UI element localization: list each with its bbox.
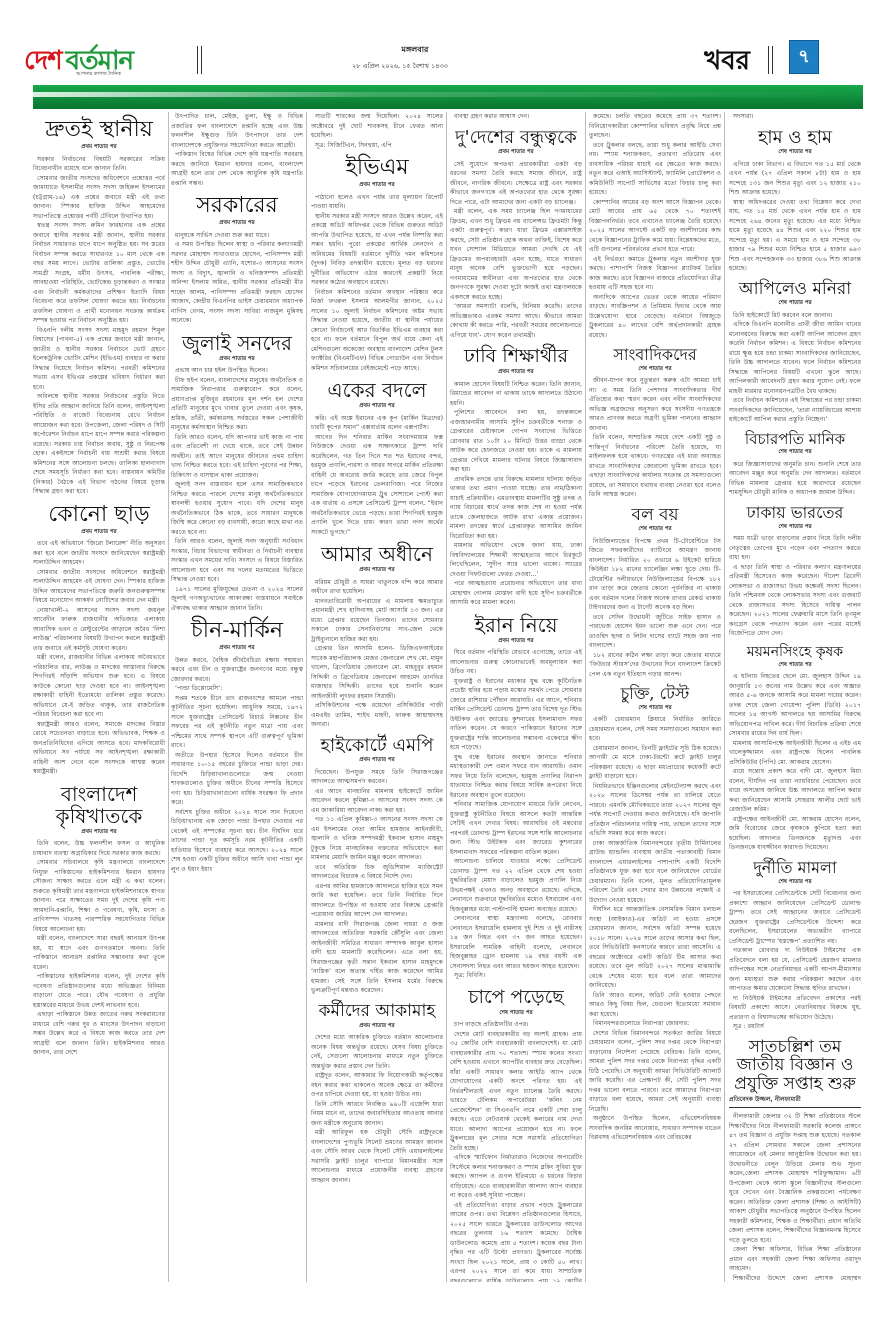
article-headline[interactable]: ময়মনসিংহে কৃষক (729, 645, 861, 660)
article-paragraph: যুক্তরাষ্ট্র ও ইরানের মধ্যকার যুদ্ধ বন্ধ… (450, 677, 582, 753)
article: হাইকোর্টে এমপিপ্রথম পাতার পরদিয়েছেন। উপ… (311, 736, 443, 996)
article-paragraph: সূত্র : রয়টার্স (729, 1022, 861, 1032)
continuation-label: প্রথম পাতার পর (450, 148, 582, 158)
article-headline[interactable]: চুক্তি, টেস্ট (589, 685, 721, 703)
article-paragraph: অতীতে উপহার হিসেবে দিলেও বর্তমানে চীন সা… (171, 751, 303, 808)
article-paragraph: রাষ্ট্রদূত বলেন, আকামার ফি নিয়োগকারী কর… (311, 1071, 443, 1100)
article-headline[interactable]: ঢাকায় ভারতের (729, 504, 861, 522)
continuation-label: শেষ পাতার পর (729, 299, 861, 309)
article-headline[interactable]: সাংবাদিকদের (589, 346, 721, 364)
newspaper-logo[interactable]: দেশবর্তমান আপনার কাগজ দৈনিক (24, 40, 133, 80)
article: চীন-মার্কিনপ্রথম পাতার পরউন্নত করবে, বৈশ… (171, 619, 303, 874)
article-paragraph: তিনি আরও বলেন, অডিট দেরি হওয়ার পেছনে আর… (589, 991, 721, 1020)
continuation-label: প্রথম পাতার পর (311, 566, 443, 576)
article-headline[interactable]: চীন-মার্কিন (171, 619, 303, 643)
article: কোনো ছাড়প্রথম পাতার পরতবে এই অভিযানে ‘জ… (33, 503, 165, 777)
article-paragraph: জুলাই সনদ বাস্তবায়ন হলে এসব সামাজিকভাবে… (171, 480, 303, 537)
continuation-label: শেষ পাতার পর (589, 525, 721, 535)
article-paragraph: এছাড়া পাকিস্তানে উন্নত জাতের গরুর সংকরা… (33, 1010, 165, 1058)
continuation-label: প্রথম পাতার পর (450, 368, 582, 378)
article-paragraph: সোমবার জাতীয় সংসদের অধিবেশনে স্বরাষ্ট্র… (33, 568, 165, 606)
article-paragraph: ১৯৭১ সালের মুক্তিযুদ্ধের চেতনা ও ২০২৪ সা… (171, 585, 303, 614)
continuation-label: শেষ পাতার পর (729, 661, 861, 671)
article-paragraph: শিক্ষার্থীদের উদ্দেশে জেলা প্রশাসক মোহাম… (729, 1274, 861, 1282)
article-paragraph: একটি চেয়ারম্যান ক্লিয়ারে নির্ধারিত জার… (589, 715, 721, 744)
article-paragraph: তিনি আরও বলেন, জুলাই সনদ অনুযায়ী সংবিধা… (171, 537, 303, 585)
article: জুলাই সনদেরপ্রথম পাতার পরপ্রভাষ আন চার হ… (171, 332, 303, 614)
article-paragraph: পাকিস্তানের হাইকমিশনার বলেন, দুই দেশের ক… (33, 972, 165, 1010)
article-paragraph: রায়ে সন্তোষ প্রকাশ করে বাদী মো. জুলহাস … (729, 767, 861, 815)
article-headline[interactable]: কর্মীদের আকামাহ (311, 1002, 443, 1021)
article-paragraph: তিনি সৌদি আরবে নিবন্ধিত ৯৯০টি এজেন্সি যা… (311, 1100, 443, 1129)
article-paragraph: তিনি বলেন, সাম্প্রতিক সময়ে দেশে একটি সু… (589, 433, 721, 500)
article-paragraph: দেশের মোট ব্যবহারকারীর বড় অংশই গ্রাহক। … (450, 1030, 582, 1154)
article-paragraph: পাকিস্তান বিশ্বের বিভিন্ন দেশে কৃষি যন্ত… (171, 150, 303, 188)
column-1: দ্রুতই স্থানীয়প্রথম পাতার পরসরকার নির্ব… (33, 112, 165, 1282)
continuation-label: প্রথম পাতার পর (311, 756, 443, 766)
article-paragraph: মামলার বাদী সিরাজগঞ্জ জেলা দায়রা ও জজ আ… (311, 920, 443, 996)
column-5: কমেছে। চলতি বছরেও কমেছে প্রায় ৩৭ শতাংশ।… (589, 112, 721, 1282)
article-paragraph: ‘পান্ডা ডিপ্লোমেসি’: (171, 684, 303, 694)
article-paragraph: ১৮২ রানের কঠিন লক্ষ্য তাড়া করে জেতার মা… (589, 651, 721, 680)
article-paragraph: আলোচনা চালিয়ে যাওয়ার লক্ষ্যে প্রেসিডেন… (450, 857, 582, 914)
article-paragraph: মন্ত্রী আরিফুল হক চৌধুরী সৌদি রাষ্ট্রদূত… (311, 1128, 443, 1185)
article-paragraph: সপ্তম শতকে চীনে তাং রাজবংশের আমলে পান্ডা… (171, 694, 303, 751)
article-paragraph: ‘আমরা সমস্যাটা বলেছি, বিনিময় করেছি। তাদ… (450, 302, 582, 340)
article-paragraph: ঢাকা আন্তর্জাতিক বিমানবন্দরের তৃতীয় টার… (589, 839, 721, 906)
article-paragraph: শনিবার সামাজিক যোগাযোগ মাধ্যমে তিনি লেখে… (450, 800, 582, 857)
article-paragraph: দিয়েছেন। উপযুক্ত সময়ে তিনি সিরাজগঞ্জের… (311, 768, 443, 787)
article-paragraph: সোমবার সচিবালয়ে কৃষি মন্ত্রণালয়ে বাংলা… (33, 858, 165, 934)
article: ময়মনসিংহে কৃষকশেষ পাতার পরএ ঘটনায় নিহত… (729, 645, 861, 853)
article: কর্মীদের আকামাহপ্রথম পাতার পরদেশের মধ্যে… (311, 1002, 443, 1185)
article-paragraph: এরপর আমির হামজাকে আদালতে হাজির হতে সমন জ… (311, 882, 443, 920)
article: একের বদলেপ্রথম পাতার পরকরি। এই অঙ্কে ইরা… (311, 379, 443, 537)
article-paragraph: সময় যাত্রী ভাড়া বাড়ানোর প্রস্তাব নিয়… (729, 534, 861, 563)
article-paragraph: স্বতন্ত্র সংসদ সদস্য রুমিন ফারহানার এক প… (33, 221, 165, 326)
article-paragraph: উন্নত করবে, বৈশ্বিক জীববৈচিত্র্য রক্ষায়… (171, 656, 303, 685)
article-headline[interactable]: দ্রুতই স্থানীয় (33, 118, 165, 142)
article: ঢাকায় ভারতেরশেষ পাতার পরসময় যাত্রী ভাড… (729, 504, 861, 639)
article-paragraph: অনুষ্ঠানে উপস্থিত ছিলেন, এভিয়েশনবিষয়ক … (589, 1114, 721, 1143)
article-paragraph: বিমানবন্দরগুলোতে নিরাপত্তা জোরদার: (589, 1019, 721, 1029)
article-paragraph: তবে এই অভিযানে ‘জিরো টলারেন্স’ নীতি অনুস… (33, 539, 165, 568)
article: কমেছে। চলতি বছরেও কমেছে প্রায় ৩৭ শতাংশ।… (589, 112, 721, 340)
article-paragraph: স্বাস্থ্য অধিদপ্তরের দেওয়া তথ্য বিশ্লেষ… (729, 198, 861, 274)
continuation-label: প্রথম পাতার পর (450, 637, 582, 647)
article: বাংলাদেশ কৃষিখাতকেপ্রথম পাতার পরতিনি বলে… (33, 783, 165, 1058)
continuation-label: প্রথম পাতার পর (171, 219, 303, 229)
article: সাংবাদিকদেরশেষ পাতার পরজীবন-যাপন করে নুত… (589, 346, 721, 500)
continuation-label: প্রথম পাতার পর (171, 355, 303, 365)
article: আমার অধীনেপ্রথম পাতার পরমরিয়ম চৌধুরী ও … (311, 543, 443, 730)
article-paragraph: তিনি আরও বলেন, যদি আপনার ভাই কাজ না পায়… (171, 433, 303, 481)
column-rule (306, 112, 307, 1282)
article-paragraph: আগের দিন শনিবার মার্কিন সংবাদমাধ্যম ফক্স… (311, 433, 443, 538)
logo-tagline: আপনার কাগজ দৈনিক (76, 71, 121, 79)
article-paragraph: নিউজিল্যান্ডের বিপক্ষে প্রথম টি-টোয়েন্ট… (589, 537, 721, 613)
article-paragraph: তবে নির্বাচন কমিশনের এই সিদ্ধান্তের পর চ… (729, 396, 861, 425)
article-paragraph: সাতটি শাবকের জন্ম দিয়েছিল। ২০২৪ সালের অ… (311, 112, 443, 141)
article-paragraph: চাপ বাড়ছে প্রতিষ্ঠানটির ওপর। (450, 1020, 582, 1030)
article-paragraph: মন্ত্রী বলেন, এক সময় চ্যালেঞ্জ ছিল গণমা… (450, 207, 582, 302)
byline: প্রতিবেদক উজ্জল, নীলফামারী (729, 1095, 861, 1109)
article-headline[interactable]: বল বয় (589, 506, 721, 525)
article-headline[interactable]: আমার অধীনে (311, 543, 443, 565)
section-title: খবর (660, 40, 750, 84)
article-paragraph: সোমবার জাতীয় সংসদের অধিবেশনে প্রশ্নোত্ত… (33, 174, 165, 222)
article-paragraph: সূত্র: সিজিটিএন, সিনহুয়া, এপি (311, 141, 443, 151)
article-paragraph: তিনি বলেন, উচ্চ ফলনশীল ফসল ও আধুনিক চাষা… (33, 839, 165, 858)
continuation-label: শেষ পাতার পর (589, 365, 721, 375)
article-paragraph: এদিকে স্মার্টফোন নির্মাতারাও নিজেদের অপা… (450, 1153, 582, 1201)
article-headline[interactable]: সাতচল্লিশ তম জাতীয় বিজ্ঞান ও প্রযুক্তি … (729, 1038, 861, 1094)
article-paragraph: তবে সেদিন উদ্বোধনী জুটিতে সাইফ হাসান ও প… (589, 613, 721, 651)
article-paragraph: দেশের বিভিন্ন বিমানবন্দরে সতর্কতা জারির … (589, 1029, 721, 1115)
article-paragraph: দ্য নিউইয়র্ক টাইমসের প্রতিবেদন প্রকাশের… (729, 994, 861, 1023)
article: উৎপাদিত চাল, মেইজ, তুলা, ইক্ষু ও বিভিন্ন… (171, 112, 303, 188)
article-paragraph: মানবতাবিরোধী অপরাধের এ মামলায় ক্ষমতাচ্য… (311, 597, 443, 645)
weekday: মঙ্গলবার (360, 44, 470, 57)
article-headline[interactable]: আপিলেও মনিরা (729, 280, 861, 299)
article-paragraph: গত ১১ এপ্রিল কুমিল্লা-৩ আসনের সংসদ সদস্য… (311, 815, 443, 863)
article: বিচারপতি মানিকশেষ পাতার পরকরে জিজ্ঞাসাবা… (729, 431, 861, 498)
article: দু'দেশের বন্ধুত্বকেপ্রথম পাতার পরসেই সুয… (450, 128, 582, 341)
article-paragraph: কমেছে। চলতি বছরেও কমেছে প্রায় ৩৭ শতাংশ।… (589, 112, 721, 141)
article: চাপে পড়েছেশেষ পাতার পরচাপ বাড়ছে প্রতিষ… (450, 987, 582, 1282)
article-paragraph: নোয়াখালী-২ আসনের সংসদ সদস্য জয়নুল আবেদ… (33, 606, 165, 654)
article-paragraph: পরে আত্মহত্যায় প্ররোচনার অভিযোগে তার বা… (450, 579, 582, 608)
article-paragraph: প্রাথমিক তদন্তে তার বিরুদ্ধে মামলার ঘটনা… (450, 475, 582, 542)
continuation-label: প্রথম পাতার পর (311, 402, 443, 412)
article-paragraph: লেবাননের স্বাস্থ্য মন্ত্রণালয় বলেছে, রো… (450, 914, 582, 971)
article-paragraph: পর ইসরায়েলের প্রেসিডেন্টকে সেটি বিবেচনা… (729, 889, 861, 946)
publication-date: ২৮ এপ্রিল ২০২৬, ১৫ বৈশাখ ১৪৩৩ (330, 61, 470, 72)
continuation-label: শেষ পাতার পর (729, 878, 861, 888)
article-paragraph: নীলফামারী জেলার ৩২ টি শিক্ষা প্রতিষ্ঠানে… (729, 1112, 861, 1245)
continuation-label: প্রথম পাতার পর (311, 1022, 443, 1032)
article-headline[interactable]: জুলাই সনদের (171, 332, 303, 354)
column-rule (446, 112, 447, 1282)
article-paragraph: এ সময় উপস্থিত ছিলেন স্বাস্থ্য ও পরিবার … (171, 240, 303, 326)
article-headline[interactable]: ইরান নিয়ে (450, 614, 582, 636)
article-paragraph: মামলায় আসামিপক্ষে আইনজীবী ছিলেন এ এইচ এ… (729, 739, 861, 768)
article-paragraph: চেয়ারম্যান জানান, তিনটি ফ্লাইটের সূচি ঠ… (589, 744, 721, 782)
article-paragraph: সরকার নির্বাচনের বিষয়টি সরকারের সক্রিয়… (33, 155, 165, 174)
article-paragraph: কোম্পানির আয়ের বড় অংশ আসে বিজ্ঞাপন থেক… (589, 198, 721, 255)
column-3: সাতটি শাবকের জন্ম দিয়েছিল। ২০২৪ সালের অ… (311, 112, 443, 1282)
article-headline[interactable]: চাপে পড়েছে (450, 987, 582, 1008)
article-paragraph: পুলিশের আবেদনে বলা হয়, তদন্তকালে এজাহার… (450, 408, 582, 475)
column-rule (724, 112, 725, 1282)
continuation-label: শেষ পাতার পর (589, 704, 721, 714)
article-paragraph: এগিয়ে ঢাকা বিভাগ। এ বিভাগে গত ১৫ মার্চ … (729, 160, 861, 198)
article-paragraph: স্বরাষ্ট্রমন্ত্রী আরও বলেন, সমাজে মাদকের… (33, 720, 165, 777)
article-paragraph: মরিয়ম চৌধুরী ও সায়রা খাতুনকে বন্দি করে… (311, 578, 443, 597)
continuation-label: প্রথম পাতার পর (33, 143, 165, 153)
column-rule (585, 112, 586, 1282)
article: দুর্নীতি মামলাশেষ পাতার পরপর ইসরায়েলের … (729, 859, 861, 1032)
article-paragraph: জীবন-যাপন করে নুতুন্তরণ করুক এটা আমরা চা… (589, 376, 721, 433)
article: সাতটি শাবকের জন্ম দিয়েছিল। ২০২৪ সালের অ… (311, 112, 443, 150)
column-6: সদস্যরা।হাম ও হামশেষ পাতার পরএগিয়ে ঢাকা… (729, 112, 861, 1282)
article-headline[interactable]: ইভিএম (311, 156, 443, 180)
article-paragraph: সেই সুযোগে অপতথ্য প্রচারকারীরা একটা বড় … (450, 160, 582, 208)
article-paragraph: কামাল হোসেন বিষয়টি নিশ্চিত করেন। তিনি জ… (450, 380, 582, 409)
article: ঢাবি শিক্ষার্থীরপ্রথম পাতার পরকামাল হোসে… (450, 346, 582, 607)
column-4: ব্যবস্থা গ্রহণ করার আশ্বাস দেন।দু'দেশের … (450, 112, 582, 1282)
article-paragraph: সর্বশেষ চুক্তির অধীনে ২০২৪ সালে সান দিয়… (171, 808, 303, 875)
article-paragraph: এর আগে মানহানির মামলায় হাইকোর্টে জামিন … (311, 787, 443, 816)
continuation-label: প্রথম পাতার পর (33, 828, 165, 838)
continuation-label: শেষ পাতার পর (450, 1009, 582, 1019)
article-headline[interactable]: দু'দেশের বন্ধুত্বকে (450, 128, 582, 148)
continuation-label: প্রথম পাতার পর (33, 528, 165, 538)
article-headline[interactable]: ঢাবি শিক্ষার্থীর (450, 346, 582, 367)
article-paragraph: এ ঘটনায় নিহতের ছেলে মো. জুলহাস উদ্দিন ১… (729, 672, 861, 739)
header-green-band (33, 85, 863, 109)
article-paragraph: তবে অতিরিক্ত চিফ জুডিশিয়াল ম্যাজিস্ট্রে… (311, 863, 443, 882)
article-paragraph: গতকাল রোববার দ্য নিউইয়র্ক টাইমসের এক প্… (729, 946, 861, 994)
page-number-badge: ৭ (789, 40, 819, 74)
date-block: মঙ্গলবার ২৮ এপ্রিল ২০২৬, ১৫ বৈশাখ ১৪৩৩ (270, 44, 470, 72)
article-paragraph: দীর্ঘদিন ধরে আন্তর্জাতিক বেসামরিক বিমান … (589, 905, 721, 991)
logo-desh: দেশ (24, 46, 62, 76)
article-headline[interactable]: কোনো ছাড় (33, 503, 165, 527)
article-paragraph: এই নির্ভরতা কমাতে ট্রুকলার নতুন অংশীদার … (589, 255, 721, 293)
article-paragraph: এই প্রতিযোগিতা বাড়ার প্রভাব পড়ছে ট্রুক… (450, 1201, 582, 1282)
section-divider (768, 46, 773, 74)
article-paragraph: রাষ্ট্রপক্ষের আইনজীবী মো. আকরাম হোসেন বল… (729, 815, 861, 853)
article: হাম ও হামশেষ পাতার পরএগিয়ে ঢাকা বিভাগ। … (729, 128, 861, 274)
article: সরকারেরপ্রথম পাতার পরমানুষকে সার্ভিস দেও… (171, 194, 303, 326)
article-paragraph: তবে ট্রুকলার বলছে, তারা শুধু কলার আইডি স… (589, 141, 721, 198)
article-paragraph: ব্যবস্থা গ্রহণ করার আশ্বাস দেন। (450, 112, 582, 122)
article-paragraph: গ্রেপ্তার তিন আসামি হলেন- ডিজিএফআইয়ের স… (311, 644, 443, 701)
continuation-label: প্রথম পাতার পর (171, 644, 303, 654)
article-paragraph: অবিলম্বে স্থানীয় সরকার নির্বাচনের প্রস্… (33, 392, 165, 497)
article-paragraph: এ ছাড়া তিনি স্বাস্থ্য ও পরিবার কল্যাণ ম… (729, 563, 861, 639)
article-headline[interactable]: হাম ও হাম (729, 128, 861, 148)
article-paragraph: যুদ্ধ বন্ধে ইরানের অবস্থান জানাতে শনিবার… (450, 753, 582, 801)
article: সাতচল্লিশ তম জাতীয় বিজ্ঞান ও প্রযুক্তি … (729, 1038, 861, 1282)
continuation-label: প্রথম পাতার পর (311, 181, 443, 191)
article-paragraph: স্থানীয় সরকার মন্ত্রী সংসদে আরও উল্লেখ … (311, 212, 443, 288)
continuation-label: শেষ পাতার পর (729, 523, 861, 533)
article: আপিলেও মনিরাশেষ পাতার পরতিনি হাইকোর্টে র… (729, 280, 861, 425)
article-headline[interactable]: সরকারের (171, 194, 303, 218)
article-paragraph: চীফ হুইপ বলেন, বাংলাদেশের মানুষের অর্থনৈ… (171, 376, 303, 433)
article-headline[interactable]: বাংলাদেশ কৃষিখাতকে (33, 783, 165, 827)
continuation-label: শেষ পাতার পর (729, 448, 861, 458)
article-paragraph: উৎপাদিত চাল, মেইজ, তুলা, ইক্ষু ও বিভিন্ন… (171, 112, 303, 150)
article: ব্যবস্থা গ্রহণ করার আশ্বাস দেন। (450, 112, 582, 122)
article: দ্রুতই স্থানীয়প্রথম পাতার পরসরকার নির্ব… (33, 118, 165, 497)
column-2: উৎপাদিত চাল, মেইজ, তুলা, ইক্ষু ও বিভিন্ন… (171, 112, 303, 1282)
article-paragraph: মামলার অভিযোগ থেকে জানা যায়, ঢাকা বিশ্ব… (450, 541, 582, 579)
article: ইভিএমপ্রথম পাতার পরপাঠানো হলেও এখন পর্যন… (311, 156, 443, 373)
article: ইরান নিয়েপ্রথম পাতার পরঘিরে বর্তমান পরি… (450, 614, 582, 981)
article-paragraph: এদিকে বিএনপি মনোনীত প্রার্থী জীবা আমিন খ… (729, 320, 861, 396)
article-headline[interactable]: বিচারপতি মানিক (729, 431, 861, 448)
article-paragraph: করে জিজ্ঞাসাবাদের অনুমতি চান। শুনানি শেষ… (729, 460, 861, 498)
article-paragraph: তিনি হাইকোর্টে রিট করবেন বলে জানান। (729, 311, 861, 321)
article-paragraph: করি। এই অঙ্কে ইরানের এক কূপ (মার্কিন মিত… (311, 414, 443, 433)
article-paragraph: সদস্যরা। (729, 112, 861, 122)
continuation-label: শেষ পাতার পর (729, 148, 861, 158)
article-paragraph: প্রভাষ আন চার হইল উপস্থিত ছিলেন। (171, 366, 303, 376)
article-paragraph: দেশের মধ্যে আকরিক চুক্তিতে বর্তমান আলোচন… (311, 1033, 443, 1071)
article-paragraph: নিয়মিতভাবে ইঞ্জিনগুলোর মেইনটেন্যান্স কর… (589, 782, 721, 839)
article-paragraph: সূত্র: বিবিসি। (450, 971, 582, 981)
article-paragraph: জেলা শিক্ষা অফিসার, বিভিন্ন শিক্ষা প্রতি… (729, 1245, 861, 1274)
article-paragraph: অন্যদিকে অ্যাপের ভেতর থেকে আয়ের পরিমাণ … (589, 293, 721, 341)
article-paragraph: পাঠানো হলেও এখন পর্যন্ত তার মূল্যায়ন রি… (311, 193, 443, 212)
article-paragraph: বিএনপি দলীয় সংসদ সদস্য মাহমুদ রহমান শিম… (33, 326, 165, 393)
masthead-divider (197, 46, 202, 74)
article-headline[interactable]: একের বদলে (311, 379, 443, 401)
column-rule (168, 112, 169, 1282)
article-paragraph: নির্বাচন কমিশনের বর্তমান অবস্থান পরিষ্কা… (311, 288, 443, 374)
article-paragraph: ঘিরে বর্তমান পরিস্থিতি যেভাবে এগোচ্ছে, ত… (450, 648, 582, 677)
article-paragraph: প্রসিকিউশনের পক্ষে রয়েছেন প্রসিকিউটর গা… (311, 701, 443, 730)
article: বল বয়শেষ পাতার পরনিউজিল্যান্ডের বিপক্ষে… (589, 506, 721, 680)
article: সদস্যরা। (729, 112, 861, 122)
article-paragraph: মন্ত্রী বলেন, রাজধানীর বিভিন্ন এলাকায় অ… (33, 653, 165, 720)
article-headline[interactable]: দুর্নীতি মামলা (729, 859, 861, 877)
article-headline[interactable]: হাইকোর্টে এমপি (311, 736, 443, 756)
article-paragraph: মন্ত্রী বলেন, বাংলাদেশে সারা বছরই আনারস … (33, 934, 165, 972)
article: চুক্তি, টেস্টশেষ পাতার পরএকটি চেয়ারম্যা… (589, 685, 721, 1143)
article-paragraph: মানুষকে সার্ভিস দেওয়া শুরু করা যাবে। (171, 231, 303, 241)
